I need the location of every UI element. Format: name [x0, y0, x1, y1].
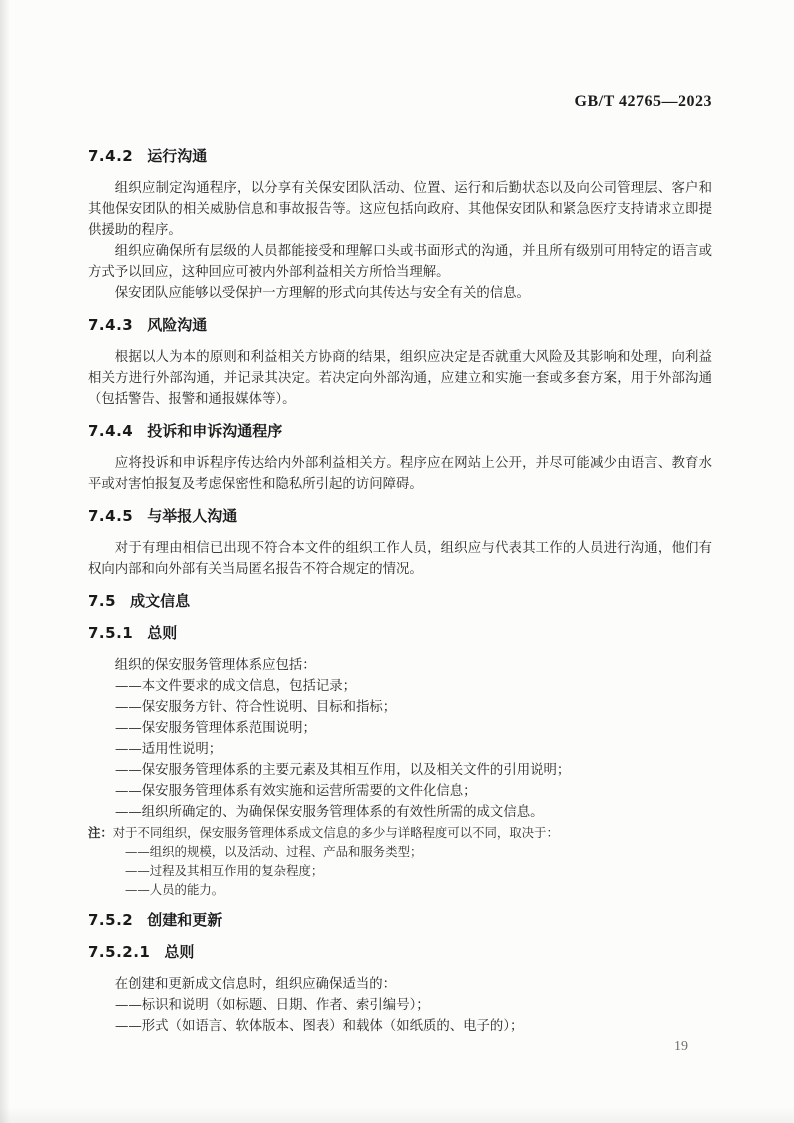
section-title: 投诉和申诉沟通程序 — [147, 422, 282, 440]
paragraph: 组织应确保所有层级的人员都能接受和理解口头或书面形式的沟通，并且所有级别可用特定… — [88, 241, 712, 283]
section-title: 创建和更新 — [147, 911, 222, 929]
paragraph: 应将投诉和申诉程序传达给内外部利益相关方。程序应在网站上公开，并尽可能减少由语言… — [88, 453, 712, 495]
section-title: 总则 — [147, 624, 177, 642]
paragraph: 对于有理由相信已出现不符合本文件的组织工作人员，组织应与代表其工作的人员进行沟通… — [88, 538, 712, 580]
note-item: ——过程及其相互作用的复杂程度； — [88, 861, 712, 880]
section-number: 7.5.2 — [88, 911, 133, 929]
section-number: 7.5.1 — [88, 624, 133, 642]
list-intro: 组织的保安服务管理体系应包括： — [88, 655, 712, 676]
section-number: 7.4.3 — [88, 316, 133, 334]
note-body: 对于不同组织，保安服务管理体系成文信息的多少与详略程度可以不同，取决于： — [113, 825, 559, 840]
note-text: 注：对于不同组织，保安服务管理体系成文信息的多少与详略程度可以不同，取决于： — [88, 823, 712, 842]
section-title: 运行沟通 — [147, 147, 207, 165]
document-page: GB/T 42765—2023 7.4.2运行沟通 组织应制定沟通程序，以分享有… — [0, 0, 794, 1123]
section-number: 7.5 — [88, 592, 116, 610]
section-number: 7.5.2.1 — [88, 943, 150, 961]
paragraph: 根据以人为本的原则和利益相关方协商的结果，组织应决定是否就重大风险及其影响和处理… — [88, 347, 712, 410]
section-heading-7-5-2-1: 7.5.2.1总则 — [88, 942, 712, 963]
section-heading-7-5: 7.5成文信息 — [88, 591, 712, 612]
note-label: 注： — [88, 825, 113, 840]
note-block: 注：对于不同组织，保安服务管理体系成文信息的多少与详略程度可以不同，取决于： —… — [88, 823, 712, 899]
section-heading-7-4-3: 7.4.3风险沟通 — [88, 315, 712, 336]
list-item: ——保安服务管理体系范围说明； — [88, 718, 712, 739]
list-intro: 在创建和更新成文信息时，组织应确保适当的： — [88, 974, 712, 995]
paragraph: 组织应制定沟通程序，以分享有关保安团队活动、位置、运行和后勤状态以及向公司管理层… — [88, 178, 712, 241]
section-heading-7-4-4: 7.4.4投诉和申诉沟通程序 — [88, 421, 712, 442]
section-heading-7-4-5: 7.4.5与举报人沟通 — [88, 506, 712, 527]
note-item: ——组织的规模，以及活动、过程、产品和服务类型； — [88, 842, 712, 861]
section-heading-7-4-2: 7.4.2运行沟通 — [88, 146, 712, 167]
section-number: 7.4.4 — [88, 422, 133, 440]
list-item: ——形式（如语言、软体版本、图表）和载体（如纸质的、电子的）； — [88, 1016, 712, 1037]
list-item: ——保安服务方针、符合性说明、目标和指标； — [88, 697, 712, 718]
list-item: ——标识和说明（如标题、日期、作者、索引编号）； — [88, 995, 712, 1016]
section-title: 总则 — [164, 943, 194, 961]
section-number: 7.4.5 — [88, 507, 133, 525]
note-item: ——人员的能力。 — [88, 880, 712, 899]
paragraph: 保安团队应能够以受保护一方理解的形式向其传达与安全有关的信息。 — [88, 283, 712, 304]
section-title: 成文信息 — [130, 592, 190, 610]
list-item: ——本文件要求的成文信息，包括记录； — [88, 676, 712, 697]
list-item: ——保安服务管理体系的主要元素及其相互作用，以及相关文件的引用说明； — [88, 760, 712, 781]
page-number: 19 — [674, 1038, 688, 1056]
running-header: GB/T 42765—2023 — [88, 92, 712, 112]
list-item: ——适用性说明； — [88, 739, 712, 760]
list-item: ——保安服务管理体系有效实施和运营所需要的文件化信息； — [88, 781, 712, 802]
section-heading-7-5-2: 7.5.2创建和更新 — [88, 910, 712, 931]
list-item: ——组织所确定的、为确保保安服务管理体系的有效性所需的成文信息。 — [88, 802, 712, 823]
section-heading-7-5-1: 7.5.1总则 — [88, 623, 712, 644]
section-title: 与举报人沟通 — [147, 507, 237, 525]
section-title: 风险沟通 — [147, 316, 207, 334]
standard-number: GB/T 42765—2023 — [575, 93, 712, 110]
section-number: 7.4.2 — [88, 147, 133, 165]
document-content: 7.4.2运行沟通 组织应制定沟通程序，以分享有关保安团队活动、位置、运行和后勤… — [88, 146, 712, 1037]
